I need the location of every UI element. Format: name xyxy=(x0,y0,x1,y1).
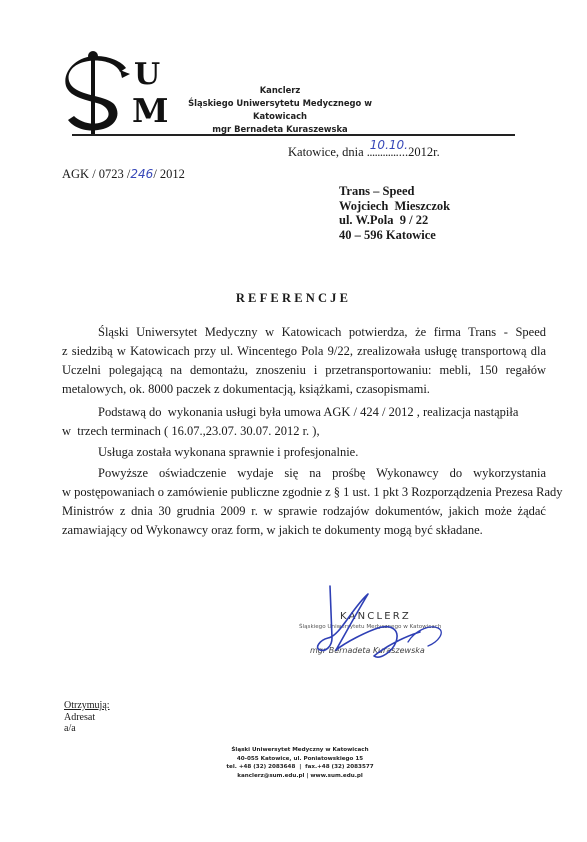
text-line: Podstawą do wykonania usługi była umowa … xyxy=(62,403,546,422)
logo-letter-u: U xyxy=(134,60,160,90)
recipient-street: ul. W.Pola 9 / 22 xyxy=(339,213,450,228)
handwritten-reference: 246 xyxy=(130,167,153,181)
handwritten-signature-icon xyxy=(296,580,496,670)
document-title: REFERENCJE xyxy=(0,291,587,306)
distribution-list: Otrzymują: Adresat a/a xyxy=(64,700,110,735)
text-line: w trzech terminach ( 16.07.,23.07. 30.07… xyxy=(62,422,546,441)
text-line: Śląski Uniwersytet Medyczny w Katowicach… xyxy=(62,323,546,342)
body-paragraph-1: Śląski Uniwersytet Medyczny w Katowicach… xyxy=(62,323,546,399)
distribution-item: Adresat xyxy=(64,712,110,724)
text-line: Uczelni polegającą na demontażu, znoszen… xyxy=(62,361,546,380)
text-line: z siedzibą w Katowicach przy ul. Wincent… xyxy=(62,342,546,361)
footer-phone-fax: tel. +48 (32) 2083648 | fax.+48 (32) 208… xyxy=(200,763,400,772)
text-line: zamawiający od Wykonawcy oraz form, w ja… xyxy=(62,521,546,540)
letterhead: Kanclerz Śląskiego Uniwersytetu Medyczne… xyxy=(175,84,385,136)
reference-suffix: / 2012 xyxy=(153,167,185,181)
text-line: Usługa została wykonana sprawnie i profe… xyxy=(62,443,546,462)
text-line: Ministrów z dnia 30 grudnia 2009 r. w sp… xyxy=(62,502,546,521)
date-prefix: Katowice, dnia xyxy=(288,145,364,159)
header-divider xyxy=(72,134,515,136)
recipient-city: 40 – 596 Katowice xyxy=(339,228,450,243)
recipient-person: Wojciech Mieszczok xyxy=(339,199,450,214)
footer-street: 40-055 Katowice, ul. Poniatowskiego 15 xyxy=(200,755,400,764)
recipient-company: Trans – Speed xyxy=(339,184,450,199)
text-line: metalowych, ok. 8000 paczek z dokumentac… xyxy=(62,380,546,399)
text-line: w postępowaniach o zamówienie publiczne … xyxy=(62,483,546,502)
signature-stamp: KANCLERZ Śląskiego Uniwersytetu Medyczne… xyxy=(296,580,496,670)
body-paragraph-2: Podstawą do wykonania usługi była umowa … xyxy=(62,403,546,441)
handwritten-date: 10.10. xyxy=(370,138,408,152)
distribution-heading: Otrzymują: xyxy=(64,700,110,712)
footer-address: Śląski Uniwersytet Medyczny w Katowicach… xyxy=(200,746,400,780)
reference-number: AGK / 0723 /246/ 2012 xyxy=(62,167,185,182)
recipient-address: Trans – Speed Wojciech Mieszczok ul. W.P… xyxy=(339,184,450,242)
reference-prefix: AGK / 0723 / xyxy=(62,167,130,181)
distribution-item: a/a xyxy=(64,723,110,735)
letterhead-institution: Śląskiego Uniwersytetu Medycznego w Kato… xyxy=(175,97,385,123)
date-line: Katowice, dnia ........... 10.10. ....20… xyxy=(288,145,440,160)
text-line: Powyższe oświadczenie wydaje się na proś… xyxy=(62,464,546,483)
letterhead-title: Kanclerz xyxy=(175,84,385,97)
body-paragraph-3: Usługa została wykonana sprawnie i profe… xyxy=(62,443,546,462)
body-paragraph-4: Powyższe oświadczenie wydaje się na proś… xyxy=(62,464,546,540)
staff-of-asclepius-icon xyxy=(58,48,138,138)
footer-contact: kanclerz@sum.edu.pl | www.sum.edu.pl xyxy=(200,772,400,781)
university-logo: U M xyxy=(58,48,158,138)
logo-letter-m: M xyxy=(132,94,169,127)
footer-institution: Śląski Uniwersytet Medyczny w Katowicach xyxy=(200,746,400,755)
